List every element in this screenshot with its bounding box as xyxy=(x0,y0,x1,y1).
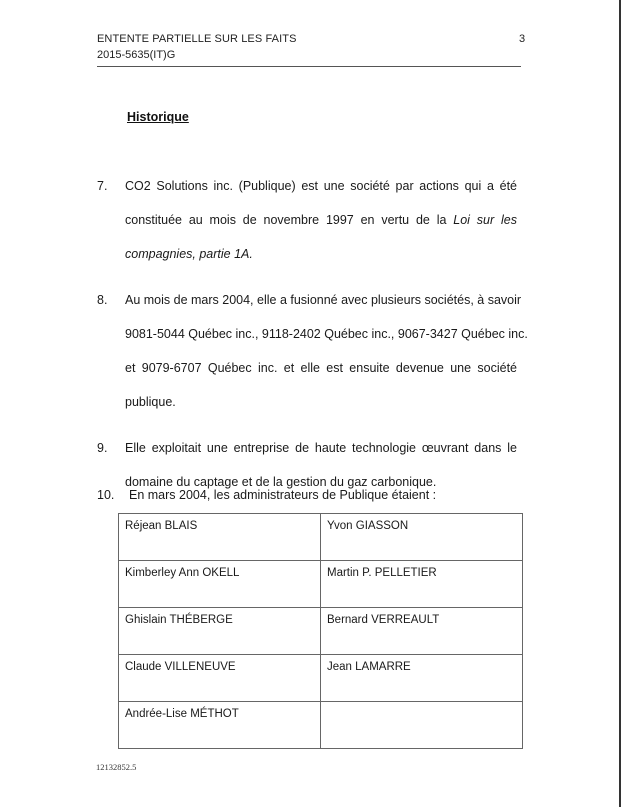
paragraph-number: 7. xyxy=(97,179,107,193)
law-title-italic: Loi sur les xyxy=(453,213,517,227)
header-case-number: 2015-5635(IT)G xyxy=(97,49,175,61)
table-cell: Kimberley Ann OKELL xyxy=(119,561,321,608)
paragraph-line: CO2 Solutions inc. (Publique) est une so… xyxy=(125,179,517,193)
table-row: Kimberley Ann OKELL Martin P. PELLETIER xyxy=(119,561,523,608)
table-cell: Andrée-Lise MÉTHOT xyxy=(119,702,321,749)
paragraph-line: compagnies, partie 1A. xyxy=(125,247,517,261)
table-cell: Bernard VERREAULT xyxy=(321,608,523,655)
table-cell: Claude VILLENEUVE xyxy=(119,655,321,702)
table-cell: Yvon GIASSON xyxy=(321,514,523,561)
table-cell: Réjean BLAIS xyxy=(119,514,321,561)
header-divider xyxy=(97,66,521,67)
table-row: Ghislain THÉBERGE Bernard VERREAULT xyxy=(119,608,523,655)
table-cell: Martin P. PELLETIER xyxy=(321,561,523,608)
table-cell: Ghislain THÉBERGE xyxy=(119,608,321,655)
header-page-number: 3 xyxy=(519,33,525,45)
footer-document-code: 12132852.5 xyxy=(96,762,136,772)
paragraph-line: En mars 2004, les administrateurs de Pub… xyxy=(129,488,521,502)
paragraph-number: 8. xyxy=(97,293,107,307)
section-title: Historique xyxy=(127,110,189,124)
scan-edge-line xyxy=(619,0,621,807)
administrators-table: Réjean BLAIS Yvon GIASSON Kimberley Ann … xyxy=(118,513,523,749)
paragraph-number: 9. xyxy=(97,441,107,455)
table-row: Claude VILLENEUVE Jean LAMARRE xyxy=(119,655,523,702)
table-cell: Jean LAMARRE xyxy=(321,655,523,702)
table-row: Andrée-Lise MÉTHOT xyxy=(119,702,523,749)
header-title: ENTENTE PARTIELLE SUR LES FAITS xyxy=(97,33,297,45)
paragraph-line: et 9079-6707 Québec inc. et elle est ens… xyxy=(125,361,517,375)
paragraph-line: publique. xyxy=(125,395,517,409)
paragraph-number: 10. xyxy=(97,488,114,502)
paragraph-line: Elle exploitait une entreprise de haute … xyxy=(125,441,517,455)
paragraph-line: domaine du captage et de la gestion du g… xyxy=(125,475,517,489)
paragraph-line: 9081-5044 Québec inc., 9118-2402 Québec … xyxy=(125,327,517,341)
table-cell xyxy=(321,702,523,749)
paragraph-line: constituée au mois de novembre 1997 en v… xyxy=(125,213,517,227)
document-page: ENTENTE PARTIELLE SUR LES FAITS 2015-563… xyxy=(0,0,624,807)
table-row: Réjean BLAIS Yvon GIASSON xyxy=(119,514,523,561)
paragraph-text: constituée au mois de novembre 1997 en v… xyxy=(125,213,446,227)
paragraph-line: Au mois de mars 2004, elle a fusionné av… xyxy=(125,293,517,307)
